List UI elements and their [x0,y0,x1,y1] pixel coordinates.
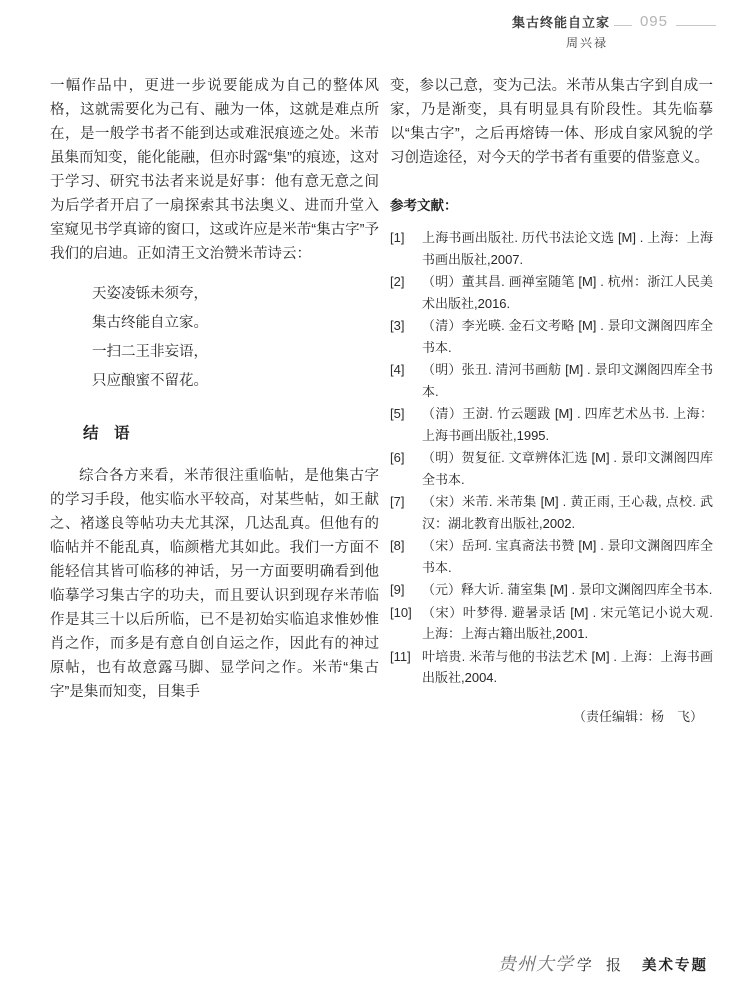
running-head-title: 集古终能自立家 [512,12,610,31]
reference-item: [4] （明）张丑. 清河书画舫 [M] . 景印文渊阁四库全书本. [390,359,713,402]
reference-number: [11] [390,646,422,689]
poem-line: 集古终能自立家。 [92,309,379,338]
conclusion-heading: 结 语 [83,422,379,446]
reference-item: [2] （明）董其昌. 画禅室随笔 [M] . 杭州：浙江人民美术出版社,201… [390,271,713,314]
reference-text: （清）王澍. 竹云题跋 [M] . 四库艺术丛书. 上海：上海书画出版社,199… [422,403,713,446]
reference-number: [2] [390,271,422,314]
journal-footer: 贵州大学 学 报 美术专题 [498,950,708,976]
reference-text: （元）释大䜣. 蒲室集 [M] . 景印文渊阁四库全书本. [422,579,713,601]
reference-text: （明）张丑. 清河书画舫 [M] . 景印文渊阁四库全书本. [422,359,713,402]
reference-number: [8] [390,535,422,578]
reference-number: [7] [390,491,422,534]
reference-text: （清）李光暎. 金石文考略 [M] . 景印文渊阁四库全书本. [422,315,713,358]
author-name: 周兴禄 [566,34,608,51]
reference-number: [6] [390,447,422,490]
right-column: 变，参以己意，变为己法。米芾从集古字到自成一家，乃是渐变，具有明显具有阶段性。其… [390,74,713,729]
reference-text: 叶培贵. 米芾与他的书法艺术 [M] . 上海：上海书画出版社,2004. [422,646,713,689]
reference-number: [1] [390,227,422,270]
reference-item: [8] （宋）岳珂. 宝真斋法书赞 [M] . 景印文渊阁四库全书本. [390,535,713,578]
running-head: 集古终能自立家 095 周兴禄 [0,12,720,52]
reference-number: [5] [390,403,422,446]
body-paragraph: 综合各方来看，米芾很注重临帖，是他集古字的学习手段，他实临水平较高，对某些帖，如… [50,464,379,704]
quoted-poem: 天姿凌铄未须夸， 集古终能自立家。 一扫二王非妄语， 只应酿蜜不留花。 [92,280,379,396]
reference-item: [10] （宋）叶梦得. 避暑录话 [M] . 宋元笔记小说大观. 上海：上海古… [390,602,713,645]
poem-line: 只应酿蜜不留花。 [92,367,379,396]
body-paragraph: 一幅作品中，更进一步说要能成为自己的整体风格，这就需要化为己有、融为一体，这就是… [50,74,379,266]
journal-name-rest: 学 报 [577,954,626,975]
reference-number: [9] [390,579,422,601]
reference-text: （宋）米芾. 米芾集 [M] . 黄正雨, 王心裁, 点校. 武汉：湖北教育出版… [422,491,713,534]
header-rule-short [614,25,632,26]
references-heading: 参考文献： [390,194,713,218]
paper-page: 集古终能自立家 095 周兴禄 一幅作品中，更进一步说要能成为自己的整体风格，这… [0,0,750,1000]
reference-text: （明）董其昌. 画禅室随笔 [M] . 杭州：浙江人民美术出版社,2016. [422,271,713,314]
reference-list: [1] 上海书画出版社. 历代书法论文选 [M] . 上海：上海书画出版社,20… [390,227,713,689]
journal-section-label: 美术专题 [642,954,708,975]
poem-line: 天姿凌铄未须夸， [92,280,379,309]
left-column: 一幅作品中，更进一步说要能成为自己的整体风格，这就需要化为己有、融为一体，这就是… [50,74,379,704]
reference-item: [11] 叶培贵. 米芾与他的书法艺术 [M] . 上海：上海书画出版社,200… [390,646,713,689]
reference-text: （宋）岳珂. 宝真斋法书赞 [M] . 景印文渊阁四库全书本. [422,535,713,578]
body-paragraph: 变，参以己意，变为己法。米芾从集古字到自成一家，乃是渐变，具有明显具有阶段性。其… [390,74,713,170]
reference-item: [5] （清）王澍. 竹云题跋 [M] . 四库艺术丛书. 上海：上海书画出版社… [390,403,713,446]
reference-item: [7] （宋）米芾. 米芾集 [M] . 黄正雨, 王心裁, 点校. 武汉：湖北… [390,491,713,534]
editor-note: （责任编辑：杨 飞） [390,705,713,729]
reference-number: [10] [390,602,422,645]
reference-item: [3] （清）李光暎. 金石文考略 [M] . 景印文渊阁四库全书本. [390,315,713,358]
reference-number: [4] [390,359,422,402]
reference-text: （宋）叶梦得. 避暑录话 [M] . 宋元笔记小说大观. 上海：上海古籍出版社,… [422,602,713,645]
reference-number: [3] [390,315,422,358]
poem-line: 一扫二王非妄语， [92,338,379,367]
journal-name-script: 贵州大学 [498,950,574,976]
reference-item: [9] （元）释大䜣. 蒲室集 [M] . 景印文渊阁四库全书本. [390,579,713,601]
header-rule-long [676,25,716,26]
reference-text: （明）贺复征. 文章辨体汇选 [M] . 景印文渊阁四库全书本. [422,447,713,490]
reference-item: [6] （明）贺复征. 文章辨体汇选 [M] . 景印文渊阁四库全书本. [390,447,713,490]
page-number: 095 [636,13,672,30]
reference-text: 上海书画出版社. 历代书法论文选 [M] . 上海：上海书画出版社,2007. [422,227,713,270]
reference-item: [1] 上海书画出版社. 历代书法论文选 [M] . 上海：上海书画出版社,20… [390,227,713,270]
